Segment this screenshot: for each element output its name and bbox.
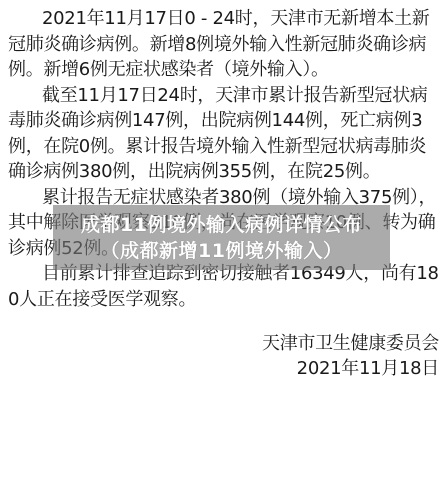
overlay-title: 成都11例境外输入病例详情公布 bbox=[81, 212, 362, 238]
paragraph-new-cases: 2021年11月17日0 - 24时，天津市无新增本土新冠肺炎确诊病例。新增8例… bbox=[8, 6, 440, 83]
headline-overlay: 成都11例境外输入病例详情公布 （成都新增11例境外输入） bbox=[53, 205, 390, 270]
overlay-subtitle: （成都新增11例境外输入） bbox=[101, 238, 343, 264]
issue-date: 2021年11月18日 bbox=[262, 356, 439, 381]
paragraph-cumulative-confirmed: 截至11月17日24时，天津市累计报告新型冠状病毒肺炎确诊病例147例，出院病例… bbox=[8, 83, 440, 185]
signature-block: 天津市卫生健康委员会 2021年11月18日 bbox=[262, 331, 439, 381]
issuer-name: 天津市卫生健康委员会 bbox=[262, 331, 439, 356]
